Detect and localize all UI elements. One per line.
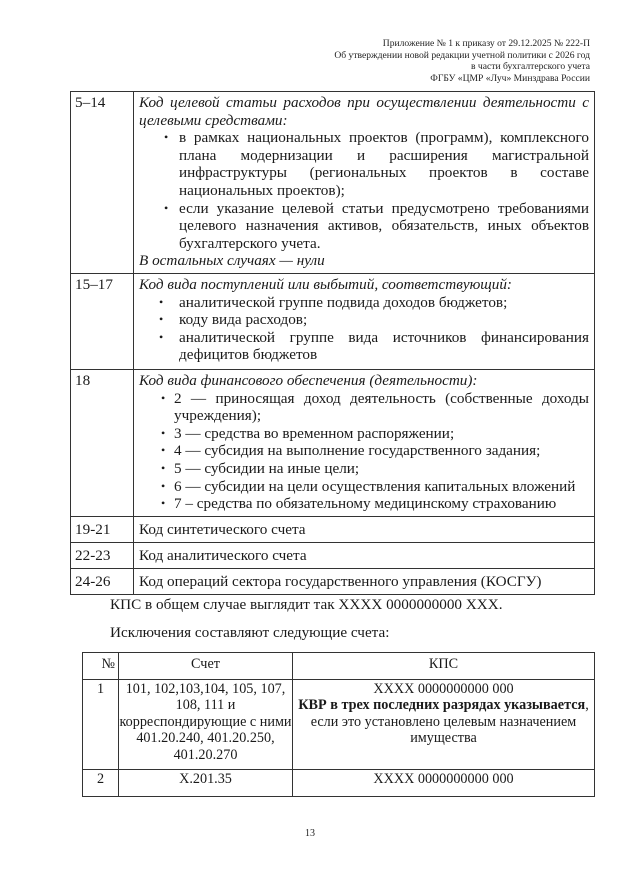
bullet-icon: • — [164, 200, 168, 218]
table-row: 19-21 Код синтетического счета — [71, 516, 595, 542]
list-item: •7 – средства по обязательному медицинск… — [139, 495, 589, 513]
bullet-list: •2 — приносящая доход деятельность (собс… — [139, 390, 589, 513]
kps-cell: ХХХХ 0000000000 000 — [293, 770, 595, 797]
row-intro: Код целевой статьи расходов при осуществ… — [139, 94, 589, 129]
bullet-icon: • — [161, 460, 165, 478]
header-line: Приложение № 1 к приказу от 29.12.2025 №… — [190, 38, 590, 50]
list-item: •5 — субсидии на иные цели; — [139, 460, 589, 478]
kps-note-bold: КВР в трех последних разрядах указываетс… — [298, 697, 585, 713]
bullet-icon: • — [161, 390, 165, 408]
bullet-icon: • — [159, 329, 163, 347]
table-row: 5–14 Код целевой статьи расходов при осу… — [71, 92, 595, 274]
row-number: 2 — [83, 770, 119, 797]
description-cell: Код вида поступлений или выбытий, соотве… — [134, 273, 595, 369]
table-row: 24-26 Код операций сектора государственн… — [71, 568, 595, 594]
document-header: Приложение № 1 к приказу от 29.12.2025 №… — [190, 38, 590, 84]
bullet-icon: • — [161, 495, 165, 513]
description-cell: Код вида финансового обеспечения (деятел… — [134, 369, 595, 516]
table-row: 2 Х.201.35 ХХХХ 0000000000 000 — [83, 770, 595, 797]
list-item: •аналитической группе подвида доходов бю… — [139, 294, 589, 312]
bullet-icon: • — [159, 294, 163, 312]
code-cell: 15–17 — [71, 273, 134, 369]
code-structure-table: 5–14 Код целевой статьи расходов при осу… — [70, 91, 595, 595]
header-line: в части бухгалтерского учета — [190, 61, 590, 73]
bullet-icon: • — [159, 311, 163, 329]
list-item: •коду вида расходов; — [139, 311, 589, 329]
column-header-account: Счет — [119, 653, 293, 680]
code-cell: 22-23 — [71, 542, 134, 568]
bullet-list: •аналитической группе подвида доходов бю… — [139, 294, 589, 364]
row-intro: Код вида финансового обеспечения (деятел… — [139, 372, 589, 390]
table-row: 1 101, 102,103,104, 105, 107, 108, 111 и… — [83, 680, 595, 770]
code-cell: 19-21 — [71, 516, 134, 542]
page-number: 13 — [0, 828, 620, 839]
account-cell: 101, 102,103,104, 105, 107, 108, 111 и к… — [119, 680, 293, 770]
row-number: 1 — [83, 680, 119, 770]
code-cell: 5–14 — [71, 92, 134, 274]
description-cell: Код аналитического счета — [134, 542, 595, 568]
list-item: •в рамках национальных проектов (програм… — [139, 129, 589, 199]
exceptions-paragraph: Исключения составляют следующие счета: — [110, 624, 389, 642]
header-line: ФГБУ «ЦМР «Луч» Минздрава России — [190, 73, 590, 85]
header-line: Об утверждении новой редакции учетной по… — [190, 50, 590, 62]
kps-note: КВР в трех последних разрядах указываетс… — [293, 697, 594, 746]
code-cell: 18 — [71, 369, 134, 516]
description-cell: Код операций сектора государственного уп… — [134, 568, 595, 594]
list-item: •2 — приносящая доход деятельность (собс… — [139, 390, 589, 425]
column-header-number: № — [83, 653, 119, 680]
list-item: •6 — субсидии на цели осуществления капи… — [139, 478, 589, 496]
description-cell: Код синтетического счета — [134, 516, 595, 542]
description-cell: Код целевой статьи расходов при осуществ… — [134, 92, 595, 274]
table-header-row: № Счет КПС — [83, 653, 595, 680]
bullet-icon: • — [161, 478, 165, 496]
bullet-icon: • — [161, 425, 165, 443]
column-header-kps: КПС — [293, 653, 595, 680]
list-item: •если указание целевой статьи предусмотр… — [139, 200, 589, 253]
row-outro: В остальных случаях — нули — [139, 252, 589, 270]
code-cell: 24-26 — [71, 568, 134, 594]
table-row: 18 Код вида финансового обеспечения (дея… — [71, 369, 595, 516]
kps-code: ХХХХ 0000000000 000 — [293, 681, 594, 697]
exceptions-table: № Счет КПС 1 101, 102,103,104, 105, 107,… — [82, 652, 595, 797]
list-item: •аналитической группе вида источников фи… — [139, 329, 589, 364]
table-row: 22-23 Код аналитического счета — [71, 542, 595, 568]
kps-cell: ХХХХ 0000000000 000 КВР в трех последних… — [293, 680, 595, 770]
bullet-icon: • — [164, 129, 168, 147]
account-cell: Х.201.35 — [119, 770, 293, 797]
row-intro: Код вида поступлений или выбытий, соотве… — [139, 276, 589, 294]
table-row: 15–17 Код вида поступлений или выбытий, … — [71, 273, 595, 369]
list-item: •3 — средства во временном распоряжении; — [139, 425, 589, 443]
list-item: •4 — субсидия на выполнение государствен… — [139, 442, 589, 460]
general-kps-paragraph: КПС в общем случае выглядит так ХХХХ 000… — [110, 596, 503, 614]
bullet-list: •в рамках национальных проектов (програм… — [139, 129, 589, 252]
bullet-icon: • — [161, 442, 165, 460]
